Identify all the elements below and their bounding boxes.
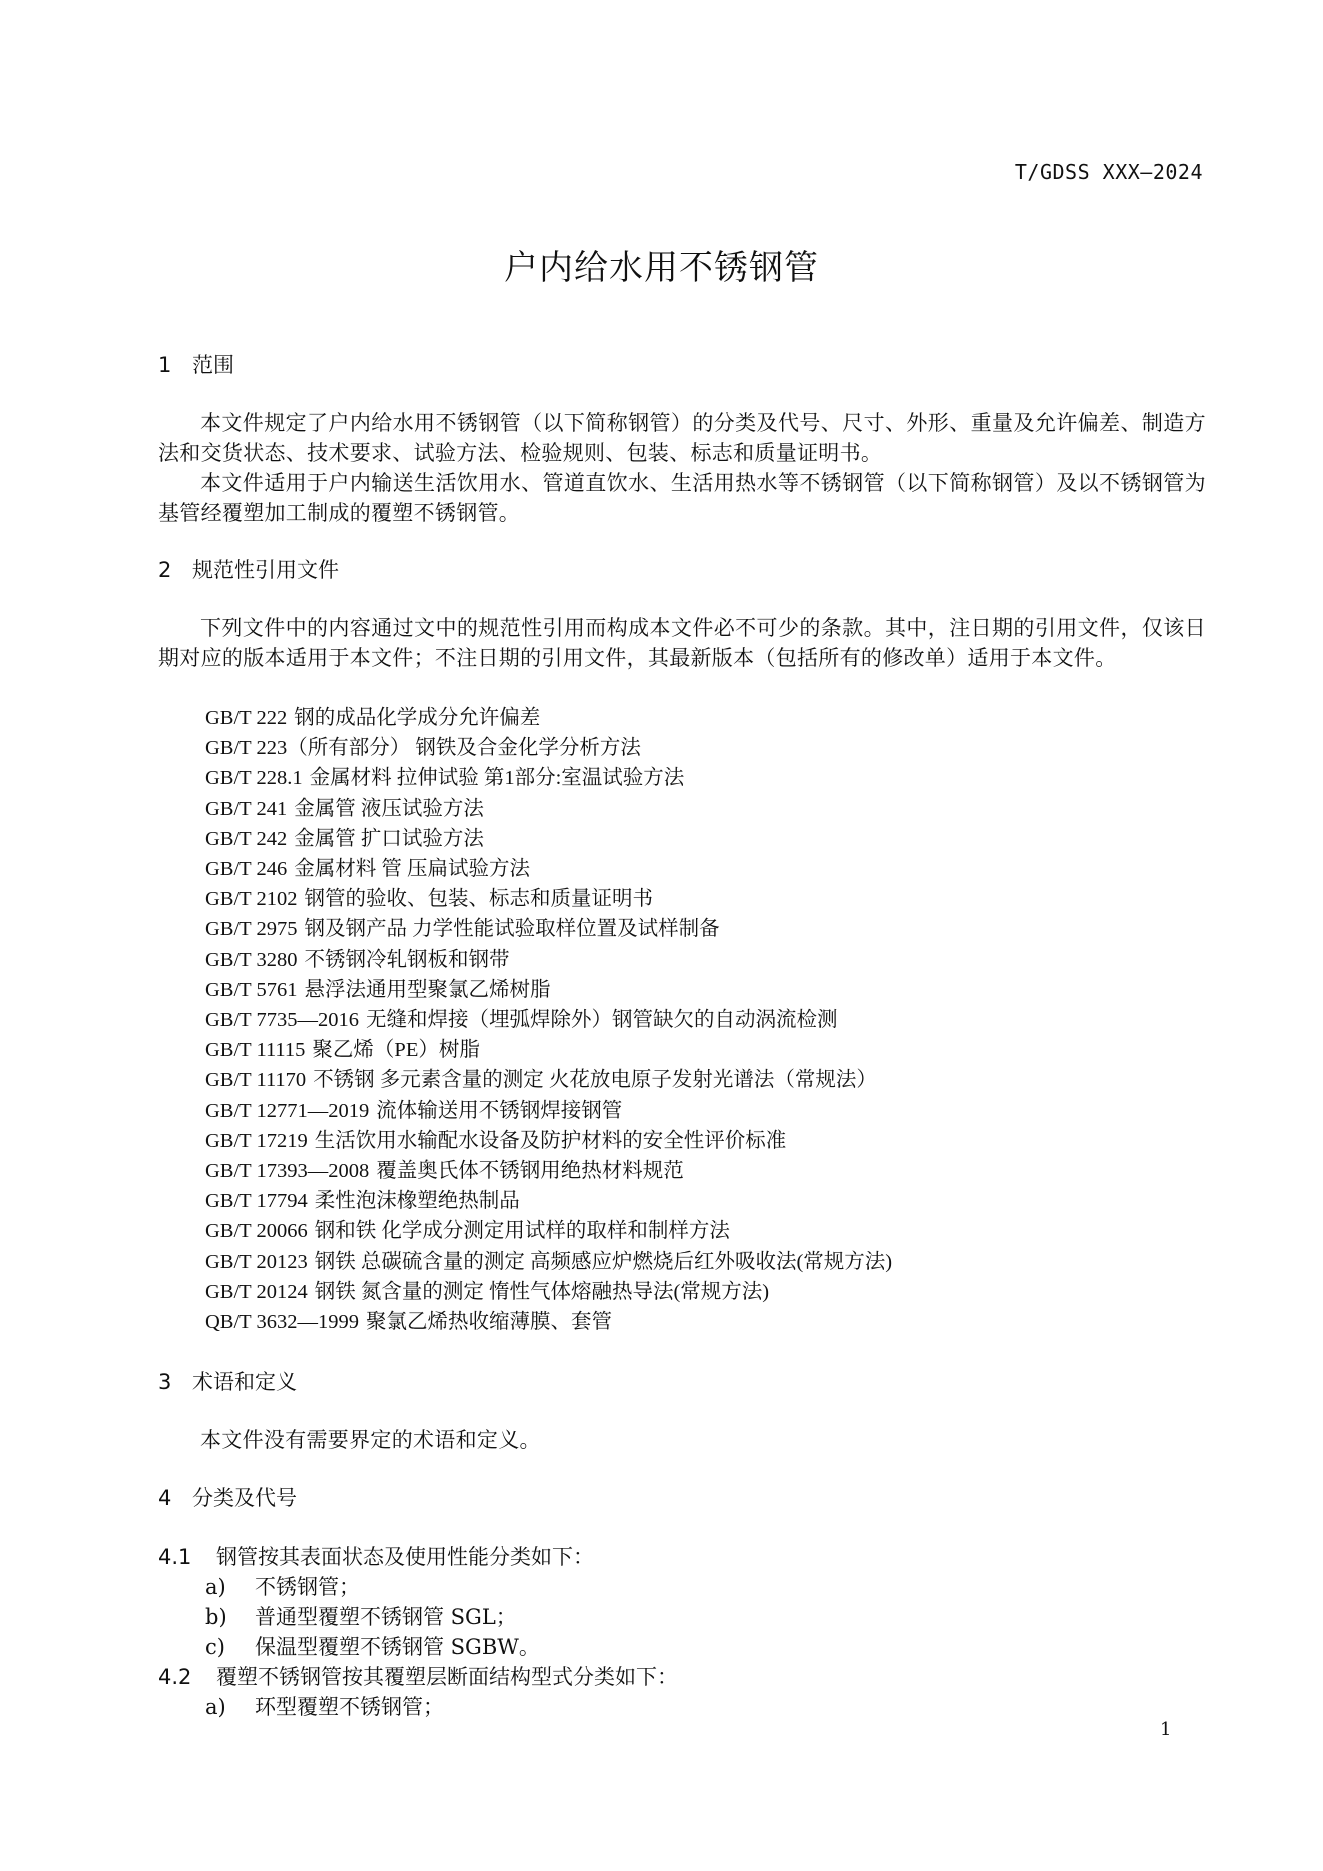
- reference-code: GB/T 17393—2008: [205, 1160, 369, 1182]
- reference-item: GB/T 2102钢管的验收、包装、标志和质量证明书: [205, 884, 892, 914]
- reference-item: GB/T 7735—2016无缝和焊接（埋弧焊除外）钢管缺欠的自动涡流检测: [205, 1005, 892, 1035]
- reference-item: GB/T 222钢的成品化学成分允许偏差: [205, 703, 892, 733]
- scope-paragraph-2: 本文件适用于户内输送生活饮用水、管道直饮水、生活用热水等不锈钢管（以下简称钢管）…: [158, 468, 1206, 528]
- references-intro: 下列文件中的内容通过文中的规范性引用而构成本文件必不可少的条款。其中，注日期的引…: [158, 613, 1206, 673]
- section-number: 1: [158, 350, 192, 380]
- list-item: b)普通型覆塑不锈钢管 SGL；: [205, 1602, 517, 1632]
- reference-item: GB/T 11170不锈钢 多元素含量的测定 火花放电原子发射光谱法（常规法）: [205, 1065, 892, 1095]
- section-title: 术语和定义: [192, 1370, 297, 1394]
- reference-item: GB/T 12771—2019流体输送用不锈钢焊接钢管: [205, 1096, 892, 1126]
- list-item-mark: a): [205, 1692, 255, 1722]
- subclause-number: 4.2: [158, 1662, 216, 1692]
- reference-item: GB/T 2975钢及钢产品 力学性能试验取样位置及试样制备: [205, 914, 892, 944]
- reference-item: GB/T 11115聚乙烯（PE）树脂: [205, 1035, 892, 1065]
- reference-title: 流体输送用不锈钢焊接钢管: [376, 1100, 622, 1122]
- reference-code: GB/T 2102: [205, 888, 297, 910]
- subclause-text: 覆塑不锈钢管按其覆塑层断面结构型式分类如下：: [216, 1665, 678, 1689]
- reference-title: 钢铁 氮含量的测定 惰性气体熔融热导法(常规方法): [315, 1281, 769, 1303]
- reference-title: 不锈钢冷轧钢板和钢带: [304, 949, 509, 971]
- reference-code: GB/T 2975: [205, 918, 297, 940]
- section-number: 2: [158, 555, 192, 585]
- reference-code: GB/T 20124: [205, 1281, 308, 1303]
- reference-code: QB/T 3632—1999: [205, 1311, 359, 1333]
- reference-title: 聚乙烯（PE）树脂: [312, 1039, 479, 1061]
- reference-item: GB/T 17219生活饮用水输配水设备及防护材料的安全性评价标准: [205, 1126, 892, 1156]
- subclause-4-1: 4.1钢管按其表面状态及使用性能分类如下：: [158, 1542, 594, 1572]
- reference-title: 金属管 扩口试验方法: [294, 828, 484, 850]
- section-title: 规范性引用文件: [192, 558, 339, 582]
- reference-item: GB/T 20066钢和铁 化学成分测定用试样的取样和制样方法: [205, 1216, 892, 1246]
- reference-title: 生活饮用水输配水设备及防护材料的安全性评价标准: [315, 1130, 787, 1152]
- list-item-mark: a): [205, 1572, 255, 1602]
- reference-code: GB/T 17794: [205, 1190, 308, 1212]
- section-heading-scope: 1范围: [158, 350, 234, 380]
- reference-title: 金属管 液压试验方法: [294, 798, 484, 820]
- reference-title: 钢及钢产品 力学性能试验取样位置及试样制备: [304, 918, 719, 940]
- document-code: T/GDSS XXX—2024: [1015, 158, 1203, 186]
- reference-item: GB/T 228.1金属材料 拉伸试验 第1部分:室温试验方法: [205, 763, 892, 793]
- reference-code: GB/T 17219: [205, 1130, 308, 1152]
- list-item-text: 普通型覆塑不锈钢管 SGL；: [255, 1605, 517, 1629]
- reference-code: GB/T 20066: [205, 1220, 308, 1242]
- reference-title: 钢铁 总碳硫含量的测定 高频感应炉燃烧后红外吸收法(常规方法): [315, 1251, 892, 1273]
- reference-item: GB/T 223（所有部分） 钢铁及合金化学分析方法: [205, 733, 892, 763]
- reference-title: 聚氯乙烯热收缩薄膜、套管: [366, 1311, 612, 1333]
- reference-title: 覆盖奥氏体不锈钢用绝热材料规范: [376, 1160, 684, 1182]
- list-item: c)保温型覆塑不锈钢管 SGBW。: [205, 1632, 540, 1662]
- subclause-number: 4.1: [158, 1542, 216, 1572]
- list-item: a)不锈钢管；: [205, 1572, 360, 1602]
- reference-code: GB/T 222: [205, 707, 287, 729]
- document-page: T/GDSS XXX—2024 户内给水用不锈钢管 1范围 本文件规定了户内给水…: [0, 0, 1323, 1871]
- reference-title: 金属材料 拉伸试验 第1部分:室温试验方法: [310, 767, 685, 789]
- list-item: a)环型覆塑不锈钢管；: [205, 1692, 444, 1722]
- reference-title: 无缝和焊接（埋弧焊除外）钢管缺欠的自动涡流检测: [366, 1009, 838, 1031]
- reference-title: 钢管的验收、包装、标志和质量证明书: [304, 888, 653, 910]
- reference-title: 钢的成品化学成分允许偏差: [294, 707, 540, 729]
- list-item-text: 保温型覆塑不锈钢管 SGBW。: [255, 1635, 540, 1659]
- reference-item: GB/T 20123钢铁 总碳硫含量的测定 高频感应炉燃烧后红外吸收法(常规方法…: [205, 1247, 892, 1277]
- reference-item: GB/T 20124钢铁 氮含量的测定 惰性气体熔融热导法(常规方法): [205, 1277, 892, 1307]
- reference-item: GB/T 241金属管 液压试验方法: [205, 794, 892, 824]
- section-heading-normative-references: 2规范性引用文件: [158, 555, 339, 585]
- reference-code: GB/T 223: [205, 737, 287, 759]
- page-number: 1: [1160, 1718, 1171, 1742]
- scope-paragraph-1: 本文件规定了户内给水用不锈钢管（以下简称钢管）的分类及代号、尺寸、外形、重量及允…: [158, 408, 1206, 468]
- section-number: 4: [158, 1483, 192, 1513]
- reference-code: GB/T 11170: [205, 1069, 306, 1091]
- list-item-text: 不锈钢管；: [255, 1575, 360, 1599]
- reference-title: （所有部分） 钢铁及合金化学分析方法: [287, 737, 641, 759]
- reference-item: GB/T 3280不锈钢冷轧钢板和钢带: [205, 945, 892, 975]
- list-item-mark: b): [205, 1602, 255, 1632]
- reference-item: GB/T 5761悬浮法通用型聚氯乙烯树脂: [205, 975, 892, 1005]
- reference-title: 不锈钢 多元素含量的测定 火花放电原子发射光谱法（常规法）: [313, 1069, 877, 1091]
- reference-item: GB/T 17794柔性泡沫橡塑绝热制品: [205, 1186, 892, 1216]
- reference-code: GB/T 242: [205, 828, 287, 850]
- reference-item: QB/T 3632—1999聚氯乙烯热收缩薄膜、套管: [205, 1307, 892, 1337]
- reference-list: GB/T 222钢的成品化学成分允许偏差 GB/T 223（所有部分） 钢铁及合…: [205, 703, 892, 1337]
- reference-title: 悬浮法通用型聚氯乙烯树脂: [304, 979, 550, 1001]
- section-title: 分类及代号: [192, 1486, 297, 1510]
- reference-code: GB/T 5761: [205, 979, 297, 1001]
- terms-paragraph: 本文件没有需要界定的术语和定义。: [158, 1425, 1206, 1455]
- subclause-text: 钢管按其表面状态及使用性能分类如下：: [216, 1545, 594, 1569]
- list-item-mark: c): [205, 1632, 255, 1662]
- reference-item: GB/T 17393—2008覆盖奥氏体不锈钢用绝热材料规范: [205, 1156, 892, 1186]
- reference-code: GB/T 241: [205, 798, 287, 820]
- reference-title: 金属材料 管 压扁试验方法: [294, 858, 530, 880]
- document-title: 户内给水用不锈钢管: [0, 244, 1323, 292]
- reference-code: GB/T 3280: [205, 949, 297, 971]
- reference-item: GB/T 242金属管 扩口试验方法: [205, 824, 892, 854]
- list-item-text: 环型覆塑不锈钢管；: [255, 1695, 444, 1719]
- reference-title: 柔性泡沫橡塑绝热制品: [315, 1190, 520, 1212]
- section-heading-terms: 3术语和定义: [158, 1367, 297, 1397]
- reference-code: GB/T 20123: [205, 1251, 308, 1273]
- section-number: 3: [158, 1367, 192, 1397]
- reference-code: GB/T 11115: [205, 1039, 305, 1061]
- section-title: 范围: [192, 353, 234, 377]
- reference-code: GB/T 228.1: [205, 767, 303, 789]
- section-heading-classification: 4分类及代号: [158, 1483, 297, 1513]
- reference-code: GB/T 12771—2019: [205, 1100, 369, 1122]
- reference-code: GB/T 246: [205, 858, 287, 880]
- reference-code: GB/T 7735—2016: [205, 1009, 359, 1031]
- subclause-4-2: 4.2覆塑不锈钢管按其覆塑层断面结构型式分类如下：: [158, 1662, 678, 1692]
- reference-item: GB/T 246金属材料 管 压扁试验方法: [205, 854, 892, 884]
- reference-title: 钢和铁 化学成分测定用试样的取样和制样方法: [315, 1220, 730, 1242]
